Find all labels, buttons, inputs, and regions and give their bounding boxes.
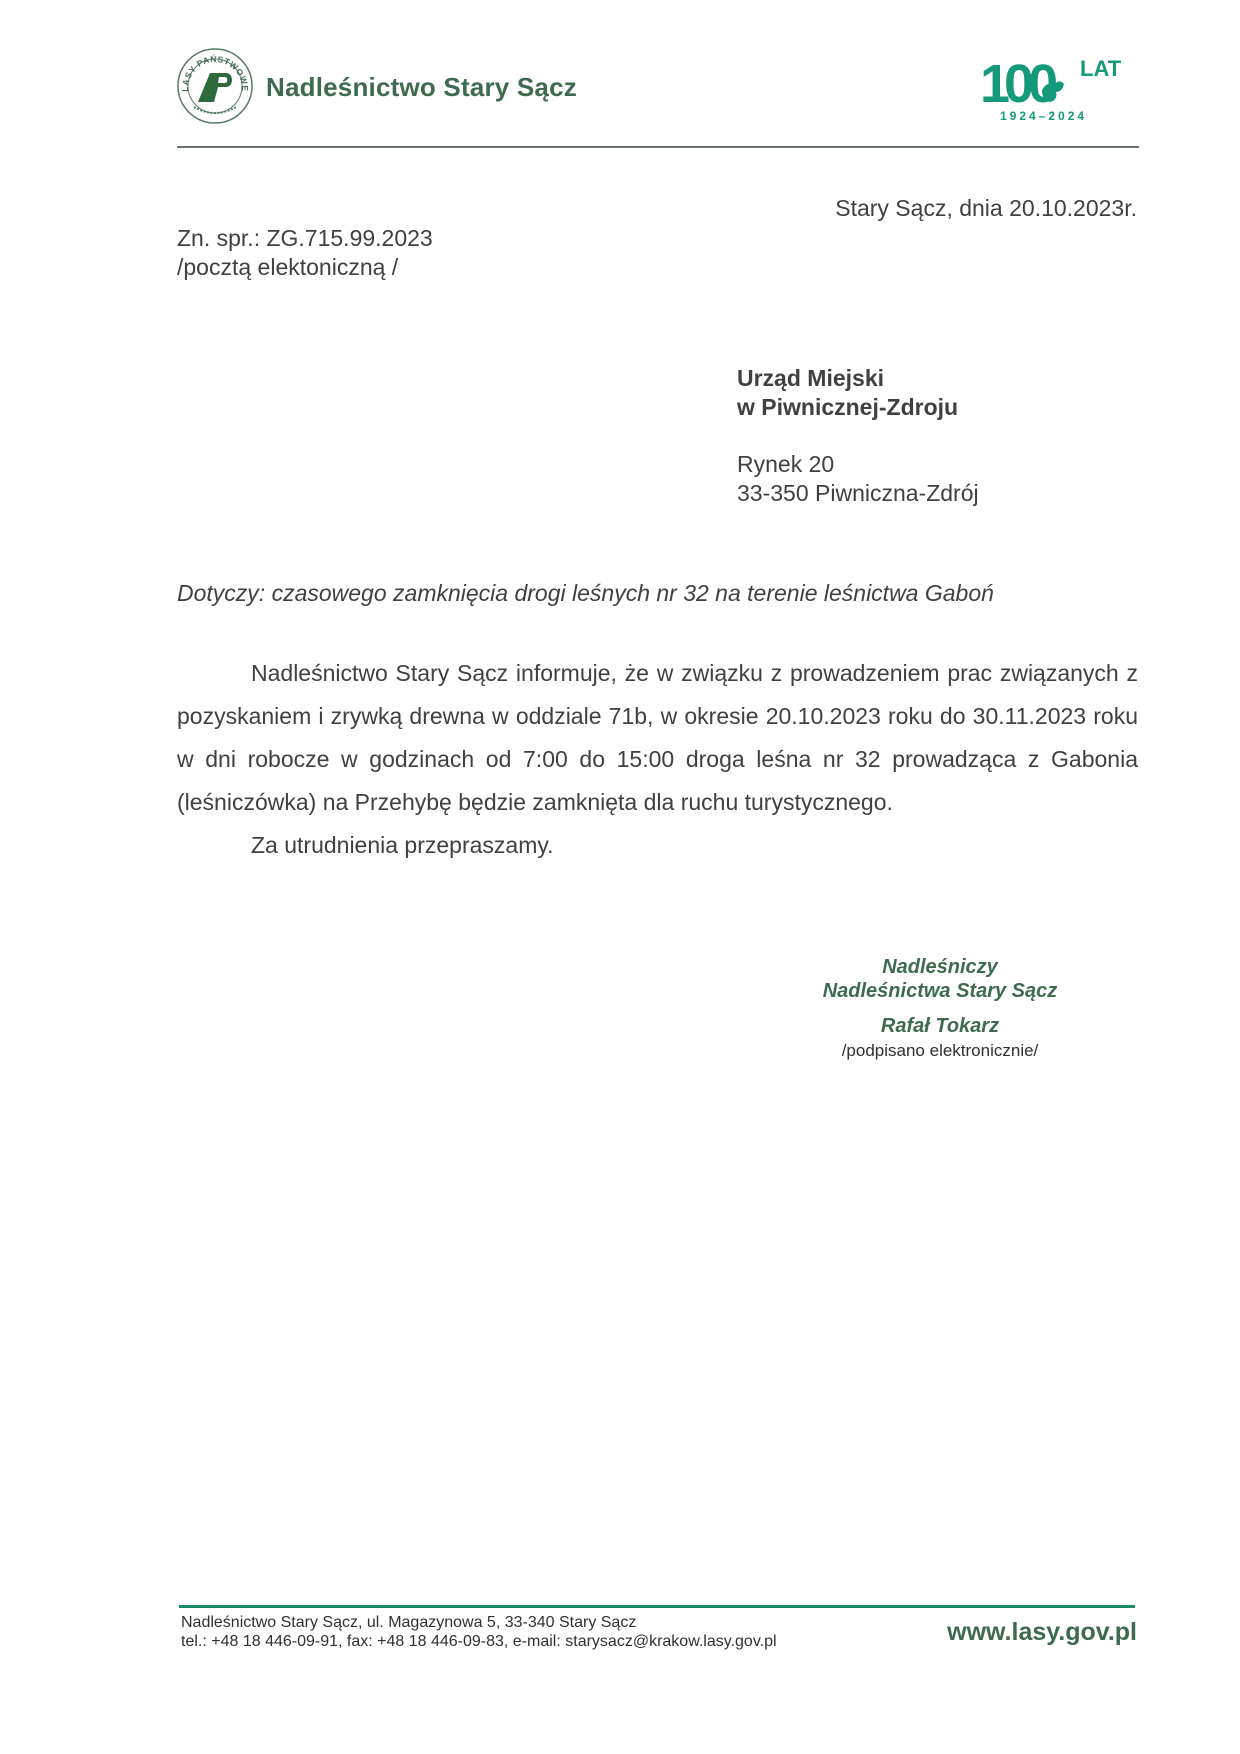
letter-subject: Dotyczy: czasowego zamknięcia drogi leśn… [177, 580, 994, 607]
organization-name: Nadleśnictwo Stary Sącz [266, 72, 577, 103]
footer-contact: Nadleśnictwo Stary Sącz, ul. Magazynowa … [181, 1613, 777, 1651]
jubilee-100-years-badge: 100 LAT 1924–2024 [980, 52, 1128, 124]
recipient-name-line-2: w Piwnicznej-Zdroju [737, 393, 979, 422]
footer-divider [179, 1605, 1135, 1608]
jubilee-number: 100 [980, 54, 1056, 114]
signatory-name: Rafał Tokarz [790, 1015, 1090, 1038]
footer-website-link[interactable]: www.lasy.gov.pl [947, 1618, 1137, 1647]
letter-body: Nadleśnictwo Stary Sącz informuje, że w … [177, 652, 1138, 867]
footer-contact-line: tel.: +48 18 446-09-91, fax: +48 18 446-… [181, 1632, 777, 1651]
place-and-date: Stary Sącz, dnia 20.10.2023r. [835, 195, 1137, 222]
header-divider [177, 146, 1139, 148]
jubilee-label: LAT [1080, 56, 1122, 81]
jubilee-years: 1924–2024 [1000, 109, 1087, 123]
signatory-title-line-2: Nadleśnictwa Stary Sącz [790, 979, 1090, 1003]
signature-block: Nadleśniczy Nadleśnictwa Stary Sącz Rafa… [790, 955, 1090, 1061]
recipient-address-street: Rynek 20 [737, 450, 979, 479]
signature-note: /podpisano elektronicznie/ [790, 1041, 1090, 1061]
signatory-title-line-1: Nadleśniczy [790, 955, 1090, 979]
delivery-mode: /pocztą elektoniczną / [177, 254, 398, 281]
footer-address-line: Nadleśnictwo Stary Sącz, ul. Magazynowa … [181, 1613, 777, 1632]
recipient-address-city: 33-350 Piwniczna-Zdrój [737, 479, 979, 508]
closing-sentence: Za utrudnienia przepraszamy. [177, 824, 1138, 867]
recipient-block: Urząd Miejski w Piwnicznej-Zdroju Rynek … [737, 364, 979, 508]
reference-number: Zn. spr.: ZG.715.99.2023 [177, 225, 433, 252]
recipient-name-line-1: Urząd Miejski [737, 364, 979, 393]
body-paragraph: Nadleśnictwo Stary Sącz informuje, że w … [177, 652, 1138, 824]
lasy-panstwowe-emblem-icon: LASY PAŃSTWOWE [176, 47, 254, 125]
